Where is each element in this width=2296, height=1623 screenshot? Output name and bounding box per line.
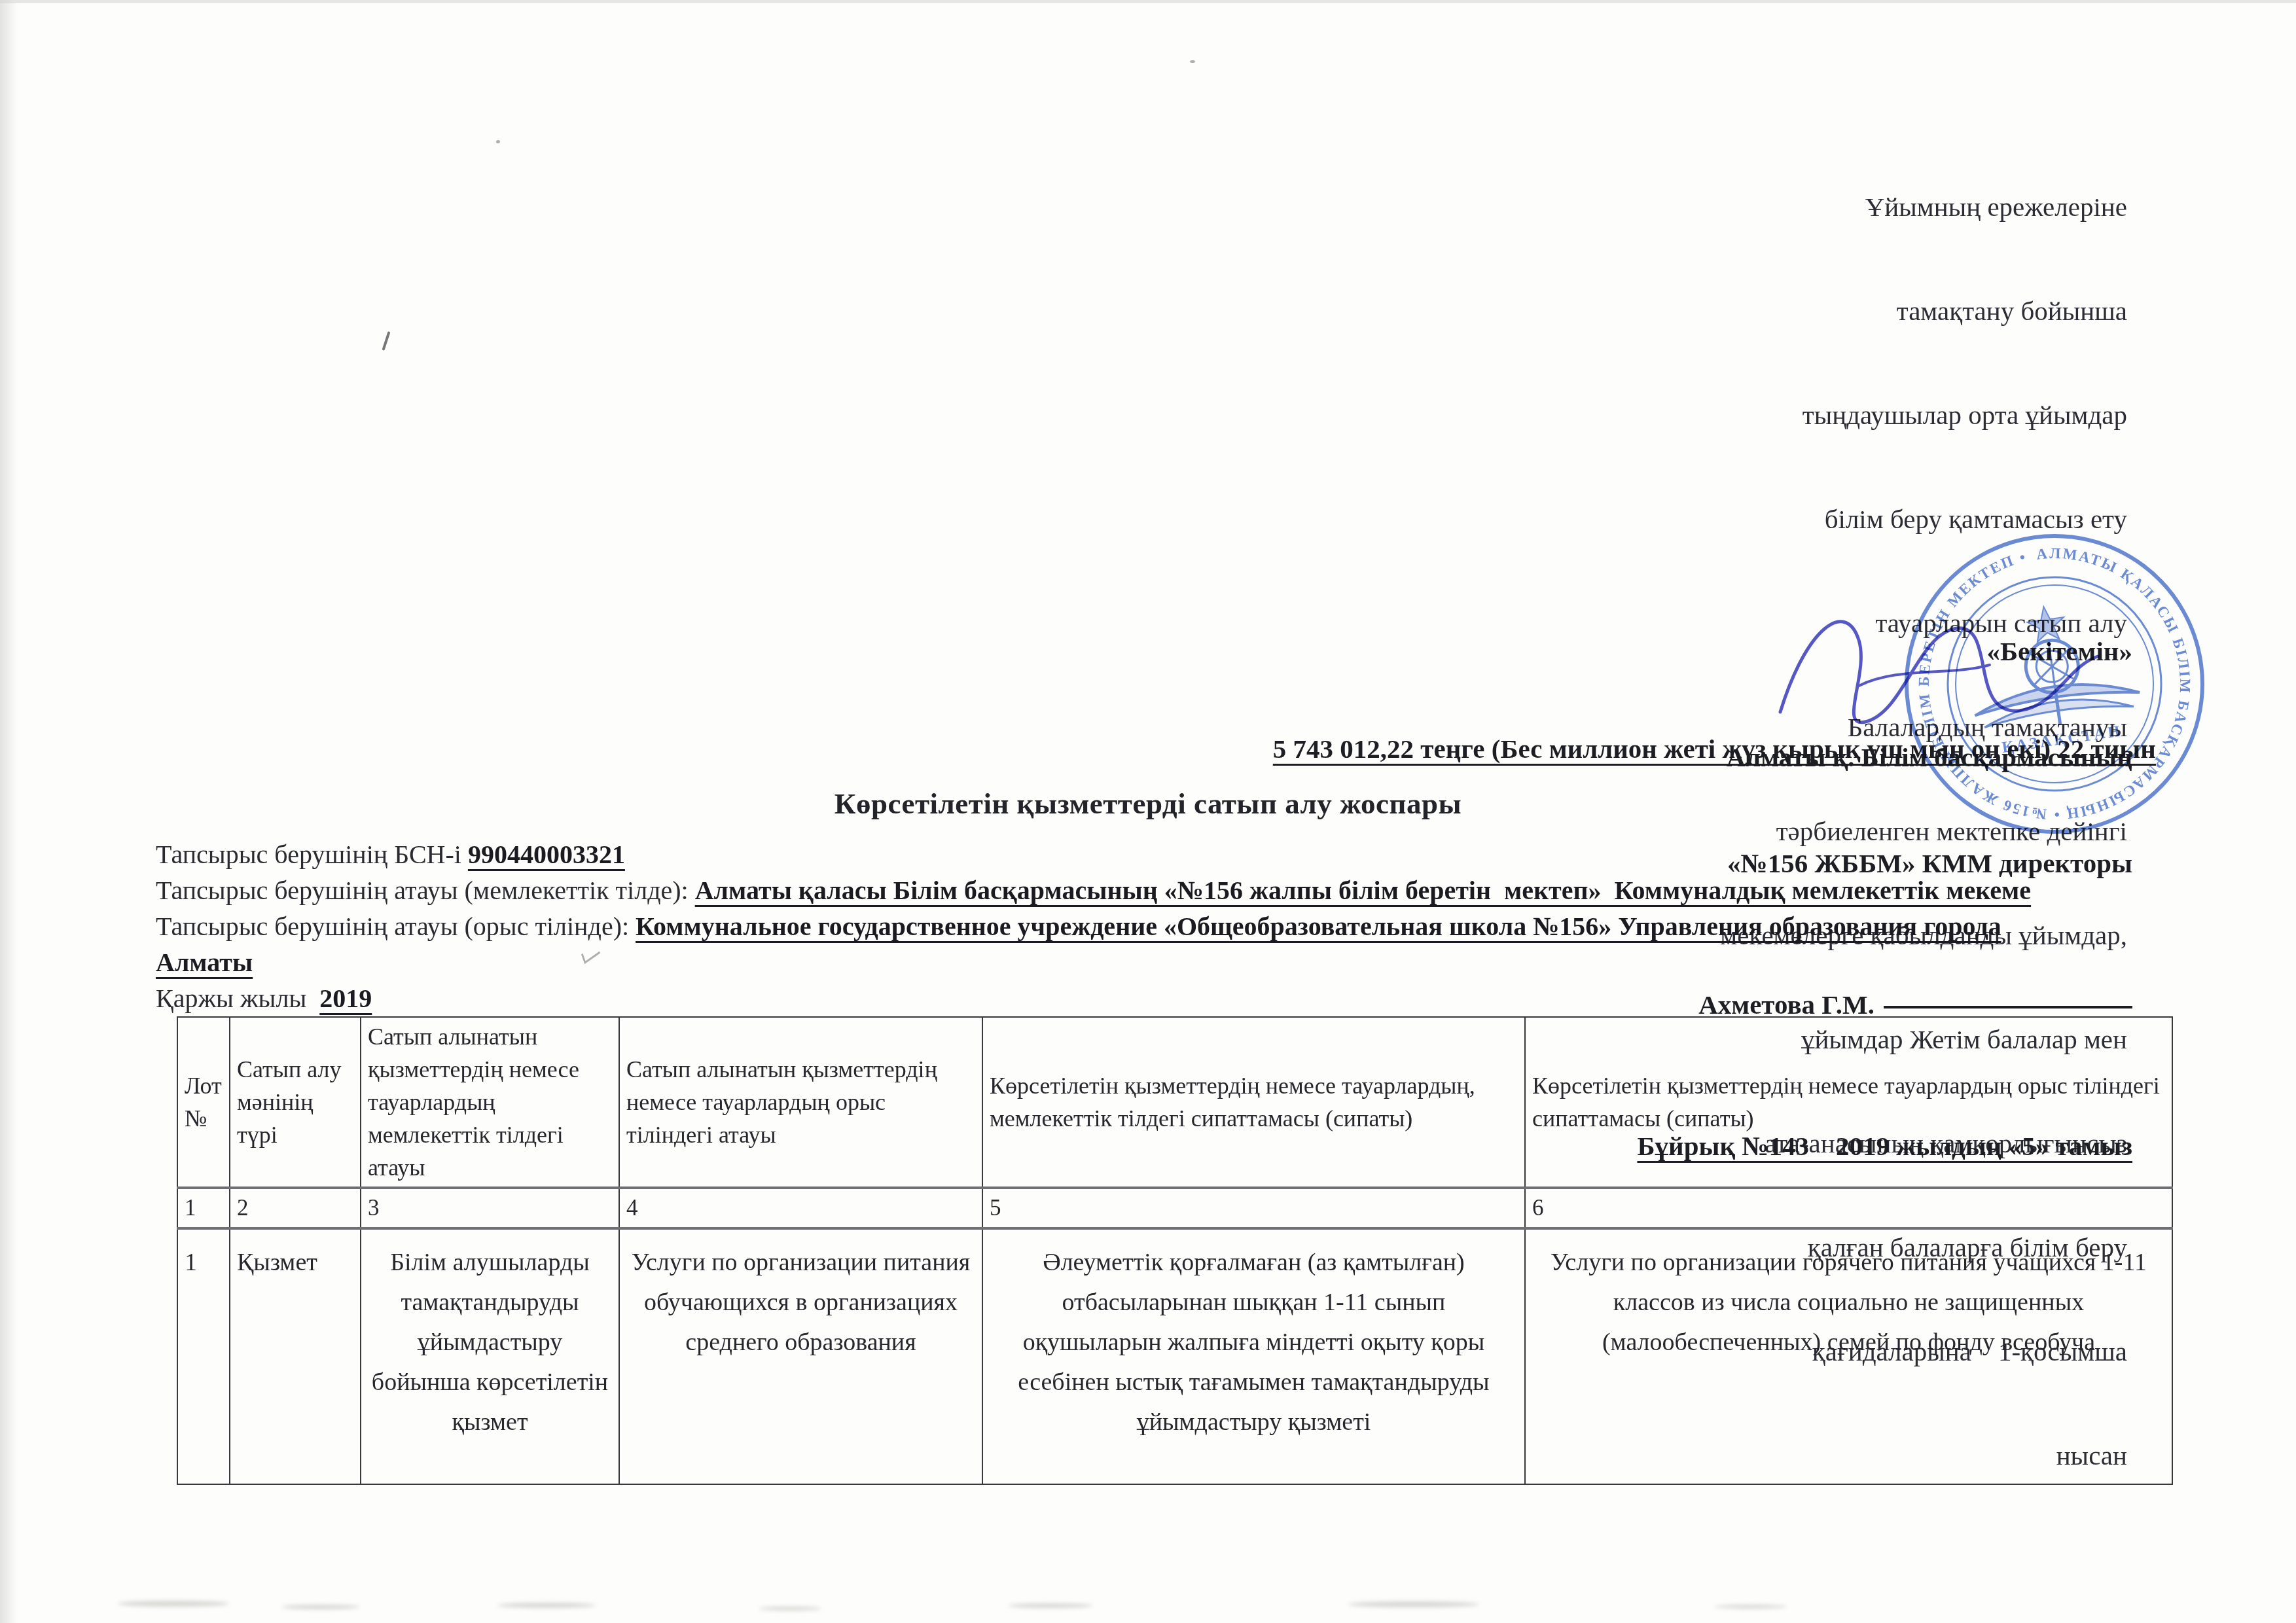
name-kk-value: Алматы қаласы Білім басқармасының «№156 … xyxy=(695,876,2031,905)
header-description-ru: Көрсетілетін қызметтердің немесе тауарла… xyxy=(1525,1017,2172,1188)
column-number: 6 xyxy=(1525,1188,2172,1228)
name-ru-value: Коммунальное государственное учреждение … xyxy=(636,912,2001,941)
column-number-row: 1 2 3 4 5 6 xyxy=(177,1188,2172,1228)
scan-speck xyxy=(1190,60,1195,63)
column-number: 5 xyxy=(982,1188,1525,1228)
table-row: 1 Қызмет Білім алушыларды тамақтандыруды… xyxy=(177,1228,2172,1484)
cell-purchase-type: Қызмет xyxy=(230,1228,361,1484)
customer-meta-block: Тапсырыс берушінің БСН-і 990440003321 Та… xyxy=(156,836,2031,1016)
year-label: Қаржы жылы xyxy=(156,984,319,1013)
procurement-plan-table: Лот № Сатып алу мәнінің түрі Сатып алына… xyxy=(177,1016,2173,1485)
bsn-label: Тапсырыс берушінің БСН-і xyxy=(156,840,468,869)
column-number: 1 xyxy=(177,1188,230,1228)
scan-smudge xyxy=(1715,1605,1787,1609)
scan-smudge xyxy=(118,1601,229,1607)
scan-top-edge-shadow xyxy=(0,0,2296,3)
scan-smudge xyxy=(1008,1603,1093,1608)
director-signature xyxy=(1761,588,2114,764)
cell-name-ru: Услуги по организации питания обучающихс… xyxy=(619,1228,982,1484)
scan-smudge xyxy=(281,1605,360,1609)
cell-description-kk: Әлеуметтік қорғалмаған (аз қамтылған) от… xyxy=(982,1228,1525,1484)
table-header-row: Лот № Сатып алу мәнінің түрі Сатып алына… xyxy=(177,1017,2172,1188)
corner-note-line: Ұйымның ережелеріне xyxy=(1720,190,2127,224)
header-lot-number: Лот № xyxy=(177,1017,230,1188)
customer-name-kk-line: Тапсырыс берушінің атауы (мемлекеттік ті… xyxy=(156,872,2031,908)
scan-smudge xyxy=(497,1603,596,1608)
cell-description-ru: Услуги по организации горячего питания у… xyxy=(1525,1228,2172,1484)
header-name-kk: Сатып алынатын қызметтердің немесе тауар… xyxy=(361,1017,619,1188)
pen-slash-artifact xyxy=(382,331,390,351)
name-kk-label: Тапсырыс берушінің атауы (мемлекеттік ті… xyxy=(156,876,695,905)
customer-name-ru-line2: Алматы xyxy=(156,944,2031,980)
year-value: 2019 xyxy=(319,984,372,1013)
bsn-value: 990440003321 xyxy=(468,840,625,869)
customer-bsn-line: Тапсырыс берушінің БСН-і 990440003321 xyxy=(156,836,2031,872)
name-ru-value-continued: Алматы xyxy=(156,948,253,977)
corner-note-line: тыңдаушылар орта ұйымдар xyxy=(1720,398,2127,433)
cell-name-kk: Білім алушыларды тамақтандыруды ұйымдаст… xyxy=(361,1228,619,1484)
customer-name-ru-line: Тапсырыс берушінің атауы (орыс тілінде):… xyxy=(156,908,2031,944)
fiscal-year-line: Қаржы жылы 2019 xyxy=(156,980,2031,1016)
scanned-procurement-plan-page: Ұйымның ережелеріне тамақтану бойынша ты… xyxy=(0,0,2296,1623)
document-title: Көрсетілетін қызметтерді сатып алу жоспа… xyxy=(0,787,2296,821)
header-purchase-type: Сатып алу мәнінің түрі xyxy=(230,1017,361,1188)
column-number: 3 xyxy=(361,1188,619,1228)
column-number: 4 xyxy=(619,1188,982,1228)
scan-smudge xyxy=(759,1607,821,1611)
column-number: 2 xyxy=(230,1188,361,1228)
header-description-kk: Көрсетілетін қызметтердің немесе тауарла… xyxy=(982,1017,1525,1188)
name-ru-label: Тапсырыс берушінің атауы (орыс тілінде): xyxy=(156,912,636,941)
corner-note-line: тамақтану бойынша xyxy=(1720,294,2127,329)
header-name-ru: Сатып алынатын қызметтердің немесе тауар… xyxy=(619,1017,982,1188)
cell-lot-number: 1 xyxy=(177,1228,230,1484)
scan-speck xyxy=(496,140,500,143)
scan-smudge xyxy=(1348,1601,1479,1607)
